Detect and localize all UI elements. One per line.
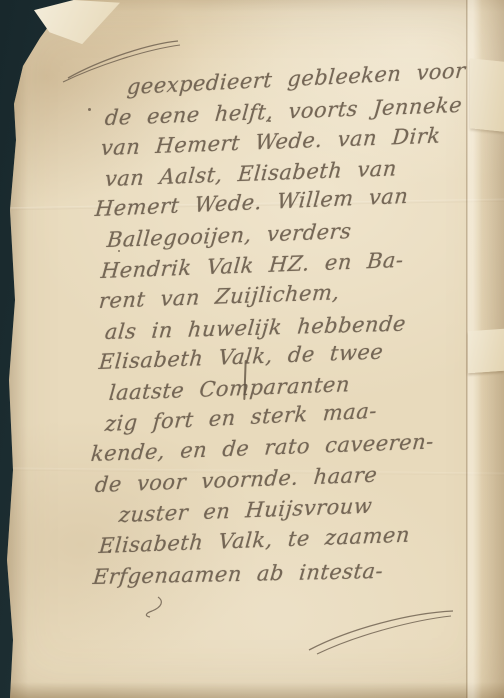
pen-mark-small — [138, 595, 170, 619]
manuscript-text: geexpedieert gebleeken voor de eene helf… — [95, 72, 480, 592]
manuscript-paper: geexpedieert gebleeken voor de eene helf… — [0, 0, 504, 698]
pen-flourish-bottom — [303, 604, 458, 656]
ink-dot — [118, 250, 120, 252]
torn-edge-flap — [468, 329, 504, 374]
scanned-document-photo: geexpedieert gebleeken voor de eene helf… — [0, 0, 504, 698]
ink-dot — [268, 120, 271, 122]
torn-edge-flap — [470, 58, 504, 132]
ink-dot — [88, 108, 91, 111]
ink-dot — [108, 550, 111, 553]
green-fleck — [3, 100, 7, 106]
